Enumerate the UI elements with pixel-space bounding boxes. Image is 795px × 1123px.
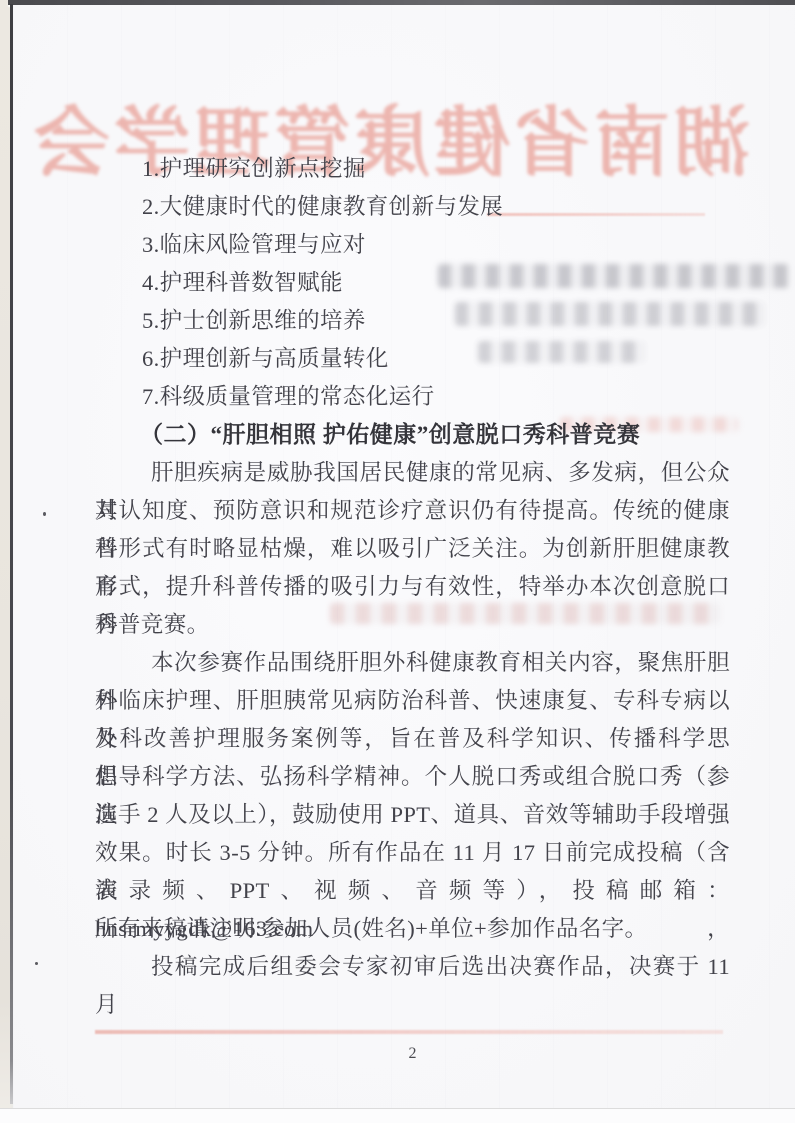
scan-bottom-strip [0, 1108, 795, 1123]
paragraph-line: 形式，提升科普传播的吸引力与有效性，特举办本次创意脱口秀 [95, 568, 730, 606]
paragraph-line: 所有来稿请注明:参加人员(姓名)+单位+参加作品名字。 [95, 910, 730, 948]
list-item: 5.护士创新思维的培养 [95, 302, 730, 340]
paragraph-line: 普形式有时略显枯燥，难以吸引广泛关注。为创新肝胆健康教育 [95, 530, 730, 568]
list-item: 1.护理研究创新点挖掘 [95, 150, 730, 188]
page-number: 2 [95, 1042, 730, 1066]
paragraph-line: 科临床护理、肝胆胰常见病防治科普、快速康复、专科专病以及 [95, 682, 730, 720]
paragraph-line: 本次参赛作品围绕肝胆外科健康教育相关内容，聚焦肝胆外 [95, 644, 730, 682]
paragraph-line: 效果。时长 3-5 分钟。所有作品在 11 月 17 日前完成投稿（含表 [95, 834, 730, 872]
section-heading: （二）“肝胆相照 护佑健康”创意脱口秀科普竞赛 [95, 416, 730, 454]
paragraph-line: 选手 2 人及以上），鼓励使用 PPT、道具、音效等辅助手段增强 [95, 796, 730, 834]
paragraph-line: 科普竞赛。 [95, 606, 730, 644]
bleedthrough-red-line-lower [95, 1030, 723, 1034]
paragraph-line: 投稿完成后组委会专家初审后选出决赛作品，决赛于 11 月 [95, 948, 730, 986]
scan-speck [35, 962, 38, 965]
paragraph-line: 演录频、PPT、视频、音频等），投稿邮箱：hnsrmyygdk@163.com， [95, 872, 730, 910]
list-item: 3.临床风险管理与应对 [95, 226, 730, 264]
list-item: 7.科级质量管理的常态化运行 [95, 378, 730, 416]
list-item: 4.护理科普数智赋能 [95, 264, 730, 302]
paragraph-line: 倡导科学方法、弘扬科学精神。个人脱口秀或组合脱口秀（参演 [95, 758, 730, 796]
paragraph-line: 外科改善护理服务案例等，旨在普及科学知识、传播科学思想、 [95, 720, 730, 758]
scan-speck [43, 512, 46, 516]
list-item: 2.大健康时代的健康教育创新与发展 [95, 188, 730, 226]
paragraph-line: 其认知度、预防意识和规范诊疗意识仍有待提高。传统的健康科 [95, 492, 730, 530]
paragraph-line: 肝胆疾病是威胁我国居民健康的常见病、多发病，但公众对 [95, 454, 730, 492]
document-body: 1.护理研究创新点挖掘 2.大健康时代的健康教育创新与发展 3.临床风险管理与应… [95, 150, 730, 986]
list-item: 6.护理创新与高质量转化 [95, 340, 730, 378]
